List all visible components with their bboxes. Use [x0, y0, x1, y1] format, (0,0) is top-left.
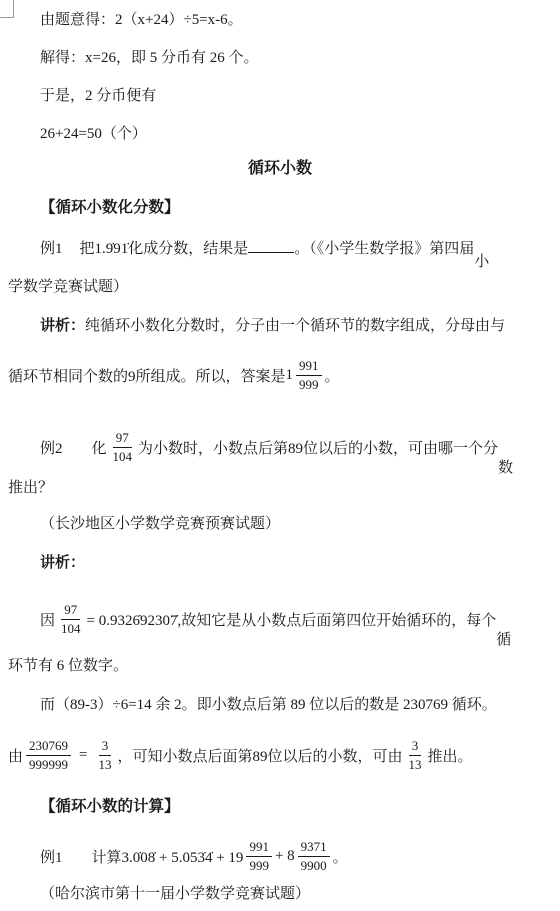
example2-label: 例2 — [40, 437, 63, 458]
corner-placeholder-box — [0, 0, 14, 18]
calc-expression-post: 。 — [333, 846, 348, 867]
example2-line: 例2 化 97 104 为小数时，小数点后第89位以后的小数，可由哪一个分 数 — [40, 424, 513, 470]
example2-question-text: 为小数时，小数点后第89位以后的小数，可由哪一个分 — [138, 437, 498, 458]
fraction-denominator: 9900 — [298, 857, 330, 874]
fraction-numerator: 991 — [246, 839, 272, 857]
analysis2-p3-pre: 由 — [8, 745, 23, 766]
fraction-numerator: 3 — [99, 738, 112, 756]
analysis1-text2: 循环节相同个数的9所组成。所以，答案是 — [8, 365, 286, 386]
analysis2-p3-text: ，可知小数点后面第89位以后的小数，可由 — [117, 745, 402, 766]
calc-example1-label: 例1 — [40, 846, 63, 867]
fraction-denominator: 999 — [246, 857, 272, 874]
analysis1-line1: 讲析：纯循环小数化分数时，分子由一个循环节的数字组成，分母由与 — [40, 316, 505, 336]
fraction-denominator: 104 — [110, 448, 136, 465]
fraction-numerator: 97 — [113, 430, 132, 448]
answer-blank-line — [248, 239, 294, 253]
example2-source: （长沙地区小学数学竞赛预赛试题） — [40, 514, 280, 534]
fraction-numerator: 991 — [296, 358, 322, 376]
analysis1-period: 。 — [325, 365, 340, 386]
calc-example1-line: 例1 计算3.0̇08̇ + 5.053̇4̇ + 19 991 999 + 8… — [40, 832, 348, 880]
example2-wrapped-char: 数 — [498, 456, 513, 477]
example1-source-continuation: 学数学竞赛试题） — [8, 277, 128, 297]
example1-line: 例1把1.9̇91̇化成分数，结果是。（《小学生数学报》第四届小 — [40, 239, 489, 259]
analysis2-label: 讲析： — [40, 553, 85, 573]
fraction-3-13-second: 3 13 — [406, 738, 425, 772]
analysis1-label: 讲析： — [40, 318, 85, 334]
analysis1-line2: 循环节相同个数的9所组成。所以，答案是 1 991 999 。 — [8, 352, 340, 398]
fraction-numerator: 3 — [409, 738, 422, 756]
example2-continuation: 推出？ — [8, 478, 53, 498]
section-title: 循环小数 — [0, 155, 560, 178]
analysis2-p1-text: = 0.9326̇92307̇,故知它是从小数点后面第四位开始循环的，每个 — [87, 609, 497, 630]
example1-label: 例1 — [40, 241, 63, 257]
answer-fraction: 991 999 — [296, 358, 322, 392]
intro-therefore-line: 于是，2 分币便有 — [40, 86, 156, 106]
subsection-heading-repeating-decimal-calculation: 【循环小数的计算】 — [40, 797, 180, 817]
fraction-3-13: 3 13 — [95, 738, 114, 772]
analysis2-p3-post: 推出。 — [428, 745, 473, 766]
calc-expression-mid: + 8 — [275, 848, 295, 865]
example2-pre-text: 化 — [92, 437, 107, 458]
fraction-denominator: 104 — [58, 620, 84, 637]
fraction-numerator: 9371 — [298, 839, 330, 857]
calc-example1-source: （哈尔滨市第十一届小学数学竞赛试题） — [40, 884, 310, 904]
analysis2-p1-continuation: 环节有 6 位数字。 — [8, 656, 128, 676]
subsection-heading-convert-to-fraction: 【循环小数化分数】 — [40, 198, 180, 218]
fraction-denominator: 13 — [406, 756, 425, 773]
calc-expression-pre: 计算3.0̇08̇ + 5.053̇4̇ + 19 — [92, 846, 244, 867]
fraction-230769-999999: 230769 999999 — [26, 738, 71, 772]
answer-whole-part: 1 — [286, 367, 294, 384]
fraction-numerator: 97 — [61, 602, 80, 620]
fraction-denominator: 999999 — [26, 756, 71, 773]
intro-solve-line: 解得：x=26，即 5 分币有 26 个。 — [40, 48, 258, 68]
intro-equation-line: 由题意得：2（x+24）÷5=x-6。 — [40, 10, 243, 30]
equals-sign: = — [79, 747, 87, 764]
fraction-991-999: 991 999 — [246, 839, 272, 873]
analysis2-p1-pre: 因 — [40, 609, 55, 630]
example2-fraction: 97 104 — [110, 430, 136, 464]
example1-source-text: 。（《小学生数学报》第四届 — [294, 241, 474, 257]
analysis2-para3: 由 230769 999999 = 3 13 ，可知小数点后面第89位以后的小数… — [8, 730, 473, 780]
analysis2-para2: 而（89-3）÷6=14 余 2。即小数点后第 89 位以后的数是 230769… — [40, 695, 497, 715]
analysis1-text: 纯循环小数化分数时，分子由一个循环节的数字组成，分母由与 — [85, 318, 505, 334]
analysis2-wrapped-char: 循 — [496, 628, 511, 649]
fraction-numerator: 230769 — [26, 738, 71, 756]
intro-result-line: 26+24=50（个） — [40, 124, 147, 144]
example1-question-text: 把1.9̇91̇化成分数，结果是 — [80, 241, 249, 257]
analysis2-para1: 因 97 104 = 0.9326̇92307̇,故知它是从小数点后面第四位开始… — [40, 596, 511, 642]
fraction-denominator: 13 — [95, 756, 114, 773]
example1-wrapped-char: 小 — [474, 254, 489, 270]
fraction-9371-9900: 9371 9900 — [298, 839, 330, 873]
analysis2-fraction-97-104: 97 104 — [58, 602, 84, 636]
fraction-denominator: 999 — [296, 376, 322, 393]
